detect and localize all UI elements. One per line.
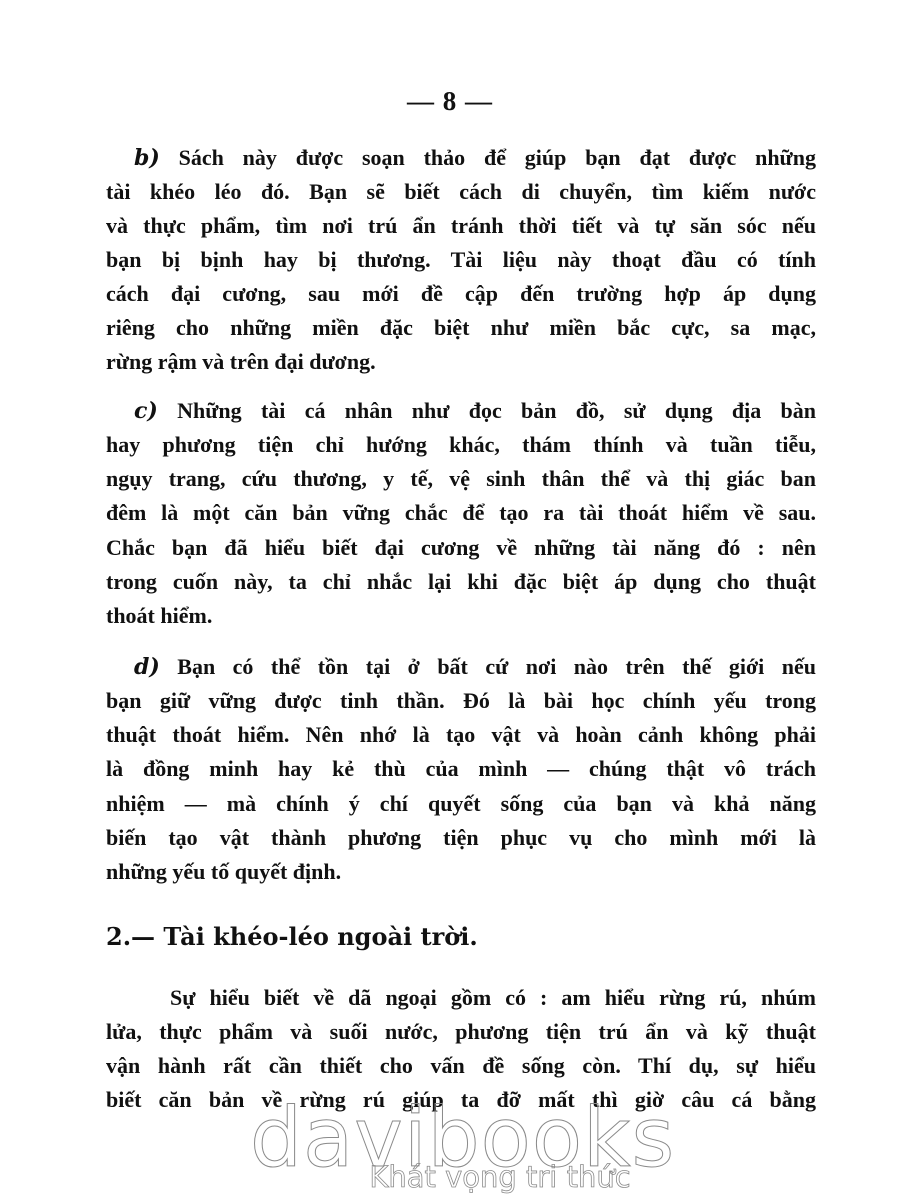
page-number: — 8 —: [0, 86, 900, 117]
paragraph-c-line-5: Chắc bạn đã hiểu biết đại cương về những…: [106, 533, 816, 563]
paragraph-c-line-7: thoát hiểm.: [106, 601, 816, 631]
text-line: Sách này được soạn thảo để giúp bạn đạt …: [179, 145, 816, 170]
paragraph-d-line-6: biến tạo vật thành phương tiện phục vụ c…: [106, 823, 816, 853]
paragraph-c-line-1: c) Những tài cá nhân như đọc bản đồ, sử …: [134, 396, 816, 426]
paragraph-b-line-4: bạn bị bịnh hay bị thương. Tài liệu này …: [106, 245, 816, 275]
paragraph-d-line-2: bạn giữ vững được tinh thần. Đó là bài h…: [106, 686, 816, 716]
list-marker-d: d): [134, 654, 160, 680]
paragraph-d-line-4: là đồng minh hay kẻ thù của mình — chúng…: [106, 754, 816, 784]
section-heading: 2.— Tài khéo-léo ngoài trời.: [106, 922, 478, 951]
text-line: Những tài cá nhân như đọc bản đồ, sử dụn…: [177, 398, 816, 423]
section2-line-1: Sự hiểu biết về dã ngoại gồm có : am hiể…: [170, 983, 816, 1013]
text-line: Bạn có thể tồn tại ở bất cứ nơi nào trên…: [177, 654, 816, 679]
list-marker-c: c): [134, 398, 158, 424]
paragraph-c-line-4: đêm là một căn bản vững chắc để tạo ra t…: [106, 498, 816, 528]
paragraph-d-line-1: d) Bạn có thể tồn tại ở bất cứ nơi nào t…: [134, 652, 816, 682]
watermark-tagline: Khát vọng tri thức: [340, 1160, 660, 1194]
paragraph-c-line-2: hay phương tiện chỉ hướng khác, thám thí…: [106, 430, 816, 460]
list-marker-b: b): [134, 145, 160, 171]
paragraph-b-line-5: cách đại cương, sau mới đề cập đến trườn…: [106, 279, 816, 309]
paragraph-c-line-6: trong cuốn này, ta chỉ nhắc lại khi đặc …: [106, 567, 816, 597]
section2-line-3: vận hành rất cần thiết cho vấn đề sống c…: [106, 1051, 816, 1081]
paragraph-b-line-2: tài khéo léo đó. Bạn sẽ biết cách di chu…: [106, 177, 816, 207]
paragraph-c-line-3: ngụy trang, cứu thương, y tế, vệ sinh th…: [106, 464, 816, 494]
section2-line-2: lửa, thực phẩm và suối nước, phương tiện…: [106, 1017, 816, 1047]
paragraph-b-line-6: riêng cho những miền đặc biệt như miền b…: [106, 313, 816, 343]
paragraph-d-line-3: thuật thoát hiểm. Nên nhớ là tạo vật và …: [106, 720, 816, 750]
paragraph-b-line-7: rừng rậm và trên đại dương.: [106, 347, 816, 377]
paragraph-b-line-1: b) Sách này được soạn thảo để giúp bạn đ…: [134, 143, 816, 173]
paragraph-d-line-7: những yếu tố quyết định.: [106, 857, 816, 887]
paragraph-b-line-3: và thực phẩm, tìm nơi trú ẩn tránh thời …: [106, 211, 816, 241]
paragraph-d-line-5: nhiệm — mà chính ý chí quyết sống của bạ…: [106, 789, 816, 819]
